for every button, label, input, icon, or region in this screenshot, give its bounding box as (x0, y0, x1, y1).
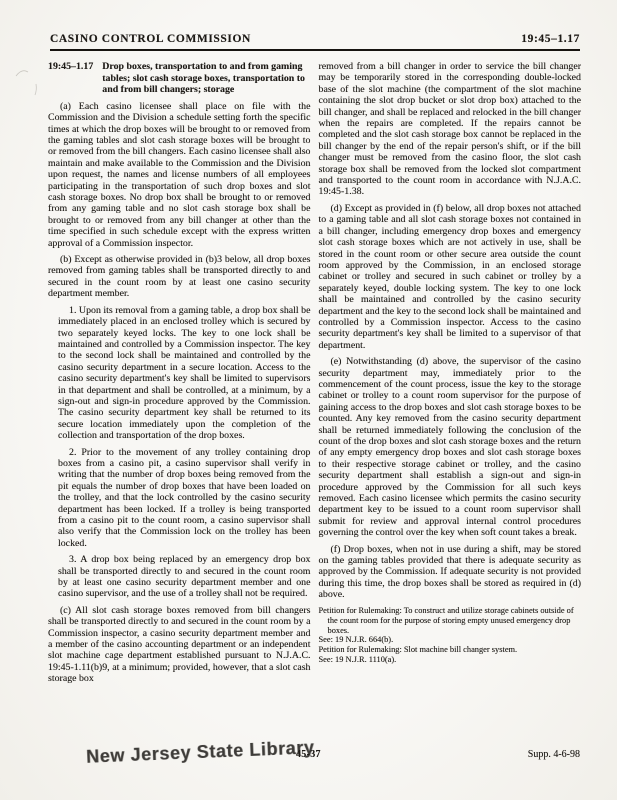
header-rule (50, 49, 580, 51)
see-reference-2: See: 19 N.J.R. 1110(a). (319, 655, 582, 665)
petition-note-2: Petition for Rulemaking: Slot machine bi… (319, 645, 582, 655)
header-section-ref: 19:45–1.17 (521, 33, 580, 45)
paragraph-c-continuation: removed from a bill changer in order to … (319, 61, 582, 198)
right-column: removed from a bill changer in order to … (319, 61, 582, 690)
petition-note-1: Petition for Rulemaking: To construct an… (319, 606, 582, 636)
subparagraph-b3: 3. A drop box being replaced by an emerg… (58, 554, 311, 600)
rulemaking-notes: Petition for Rulemaking: To construct an… (319, 606, 582, 665)
paragraph-c: (c) All slot cash storage boxes removed … (48, 605, 311, 685)
document-body: 19:45–1.17 Drop boxes, transportation to… (48, 61, 581, 690)
section-heading: 19:45–1.17 Drop boxes, transportation to… (48, 61, 311, 96)
supplement-date: Supp. 4-6-98 (528, 749, 580, 760)
paragraph-e: (e) Notwithstanding (d) above, the super… (319, 356, 582, 539)
page-number: 45-37 (296, 749, 321, 760)
see-reference-1: See: 19 N.J.R. 664(b). (319, 635, 582, 645)
left-column: 19:45–1.17 Drop boxes, transportation to… (48, 61, 311, 690)
paragraph-b: (b) Except as otherwise provided in (b)3… (48, 254, 311, 300)
scanned-document-page: CASINO CONTROL COMMISSION 19:45–1.17 19:… (0, 0, 617, 800)
pencil-scan-mark (10, 62, 50, 102)
library-stamp: New Jersey State Library (86, 737, 315, 768)
page-header: CASINO CONTROL COMMISSION 19:45–1.17 (50, 33, 580, 45)
subparagraph-b1: 1. Upon its removal from a gaming table,… (58, 305, 311, 442)
paragraph-f: (f) Drop boxes, when not in use during a… (319, 544, 582, 601)
header-title: CASINO CONTROL COMMISSION (50, 33, 251, 45)
section-title: Drop boxes, transportation to and from g… (102, 61, 310, 96)
paragraph-a: (a) Each casino licensee shall place on … (48, 101, 311, 249)
section-number: 19:45–1.17 (48, 61, 93, 96)
subparagraph-b2: 2. Prior to the movement of any trolley … (58, 447, 311, 550)
paragraph-d: (d) Except as provided in (f) below, all… (319, 203, 582, 351)
